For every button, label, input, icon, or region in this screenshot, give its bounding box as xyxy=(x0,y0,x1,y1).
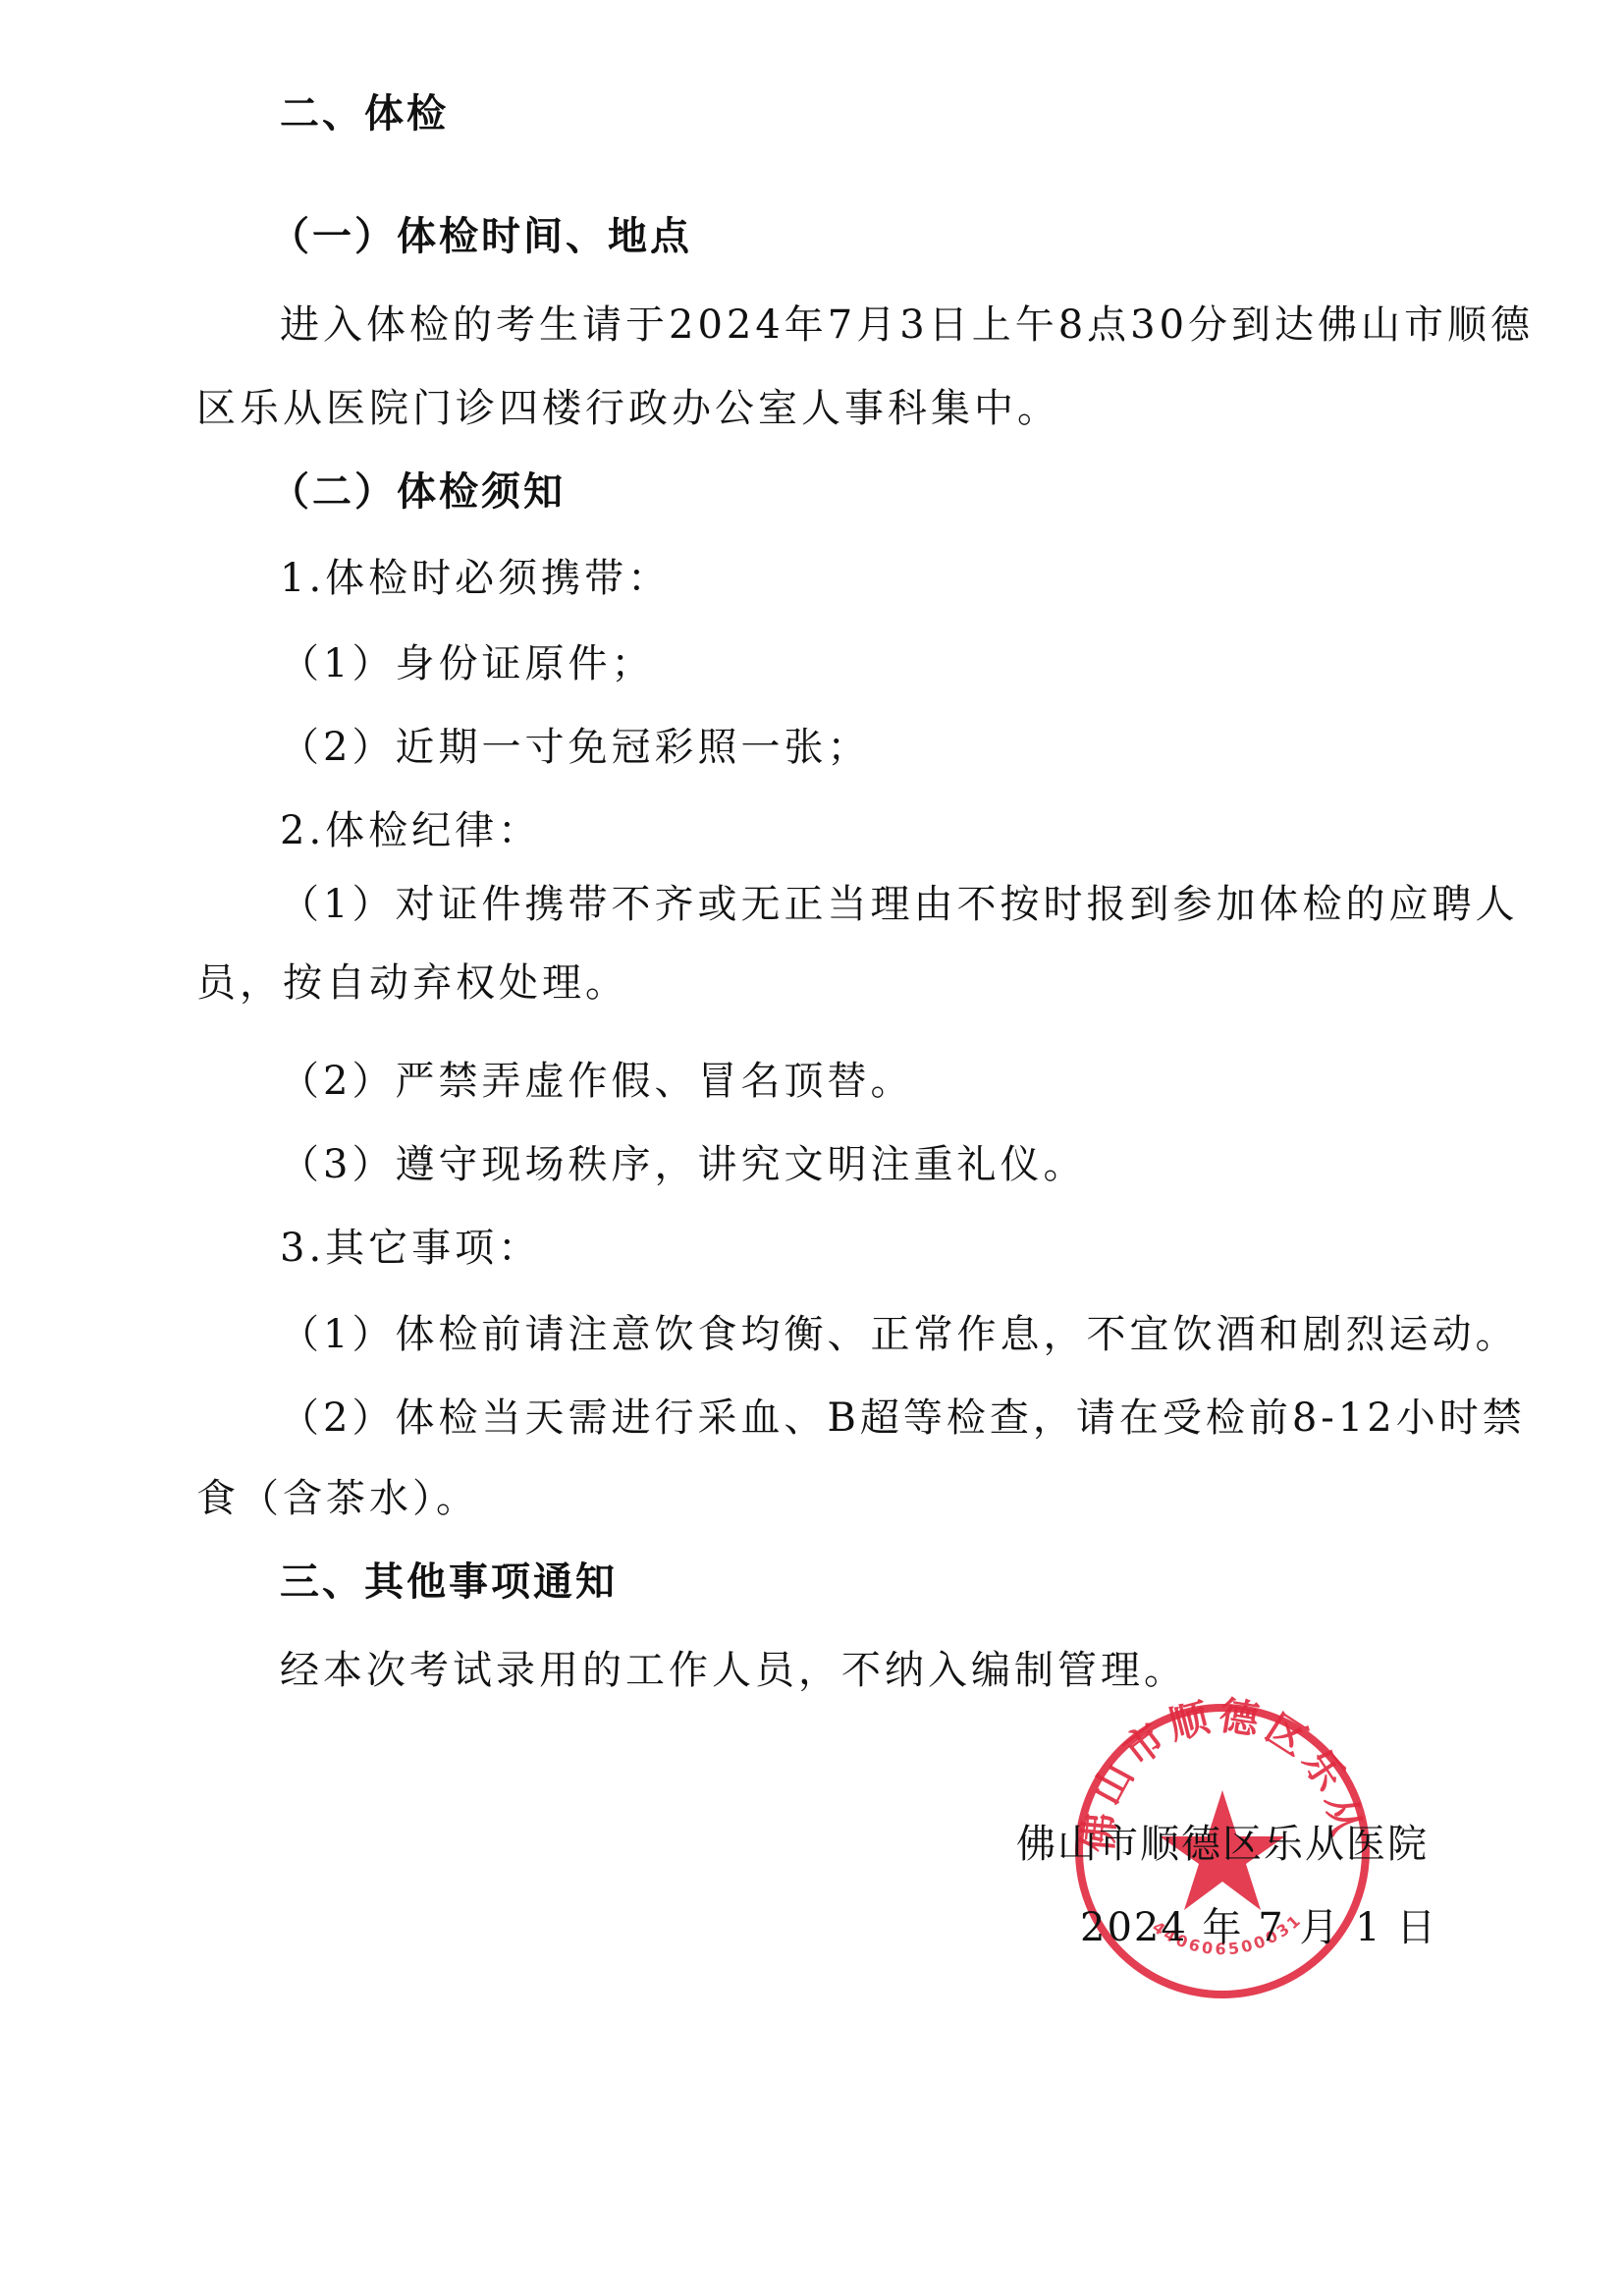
paragraph-line: （1）对证件携带不齐或无正当理由不按时报到参加体检的应聘人 xyxy=(280,879,1518,930)
signature-date: 2024 年 7 月 1 日 xyxy=(1080,1902,1437,1953)
paragraph-line: 食（含茶水）。 xyxy=(196,1473,479,1524)
paragraph-line: （2）严禁弄虚作假、冒名顶替。 xyxy=(280,1056,913,1107)
paragraph-line: 员，按自动弃权处理。 xyxy=(196,957,628,1009)
paragraph-line: （2）体检当天需进行采血、B超等检查，请在受检前8-12小时禁 xyxy=(280,1393,1526,1444)
paragraph-line: 3.其它事项： xyxy=(280,1223,541,1274)
paragraph-line: 1.体检时必须携带： xyxy=(280,553,671,604)
paragraph-line: 区乐从医院门诊四楼行政办公室人事科集中。 xyxy=(196,383,1060,434)
paragraph-line: 经本次考试录用的工作人员，不纳入编制管理。 xyxy=(280,1645,1187,1696)
section-heading: （二）体检须知 xyxy=(270,466,566,518)
paragraph-line: 2.体检纪律： xyxy=(280,805,541,856)
signature-organization: 佛山市顺德区乐从医院 xyxy=(1016,1819,1429,1870)
paragraph-line: 进入体检的考生请于2024年7月3日上午8点30分到达佛山市顺德 xyxy=(280,300,1534,351)
paragraph-line: （1）体检前请注意饮食均衡、正常作息，不宜饮酒和剧烈运动。 xyxy=(280,1309,1518,1360)
section-heading: 二、体检 xyxy=(280,88,449,139)
section-heading: 三、其他事项通知 xyxy=(280,1557,618,1608)
paragraph-line: （3）遵守现场秩序，讲究文明注重礼仪。 xyxy=(280,1139,1086,1190)
section-heading: （一）体检时间、地点 xyxy=(270,211,692,262)
paragraph-line: （1）身份证原件； xyxy=(280,638,654,689)
paragraph-line: （2）近期一寸免冠彩照一张； xyxy=(280,722,870,773)
